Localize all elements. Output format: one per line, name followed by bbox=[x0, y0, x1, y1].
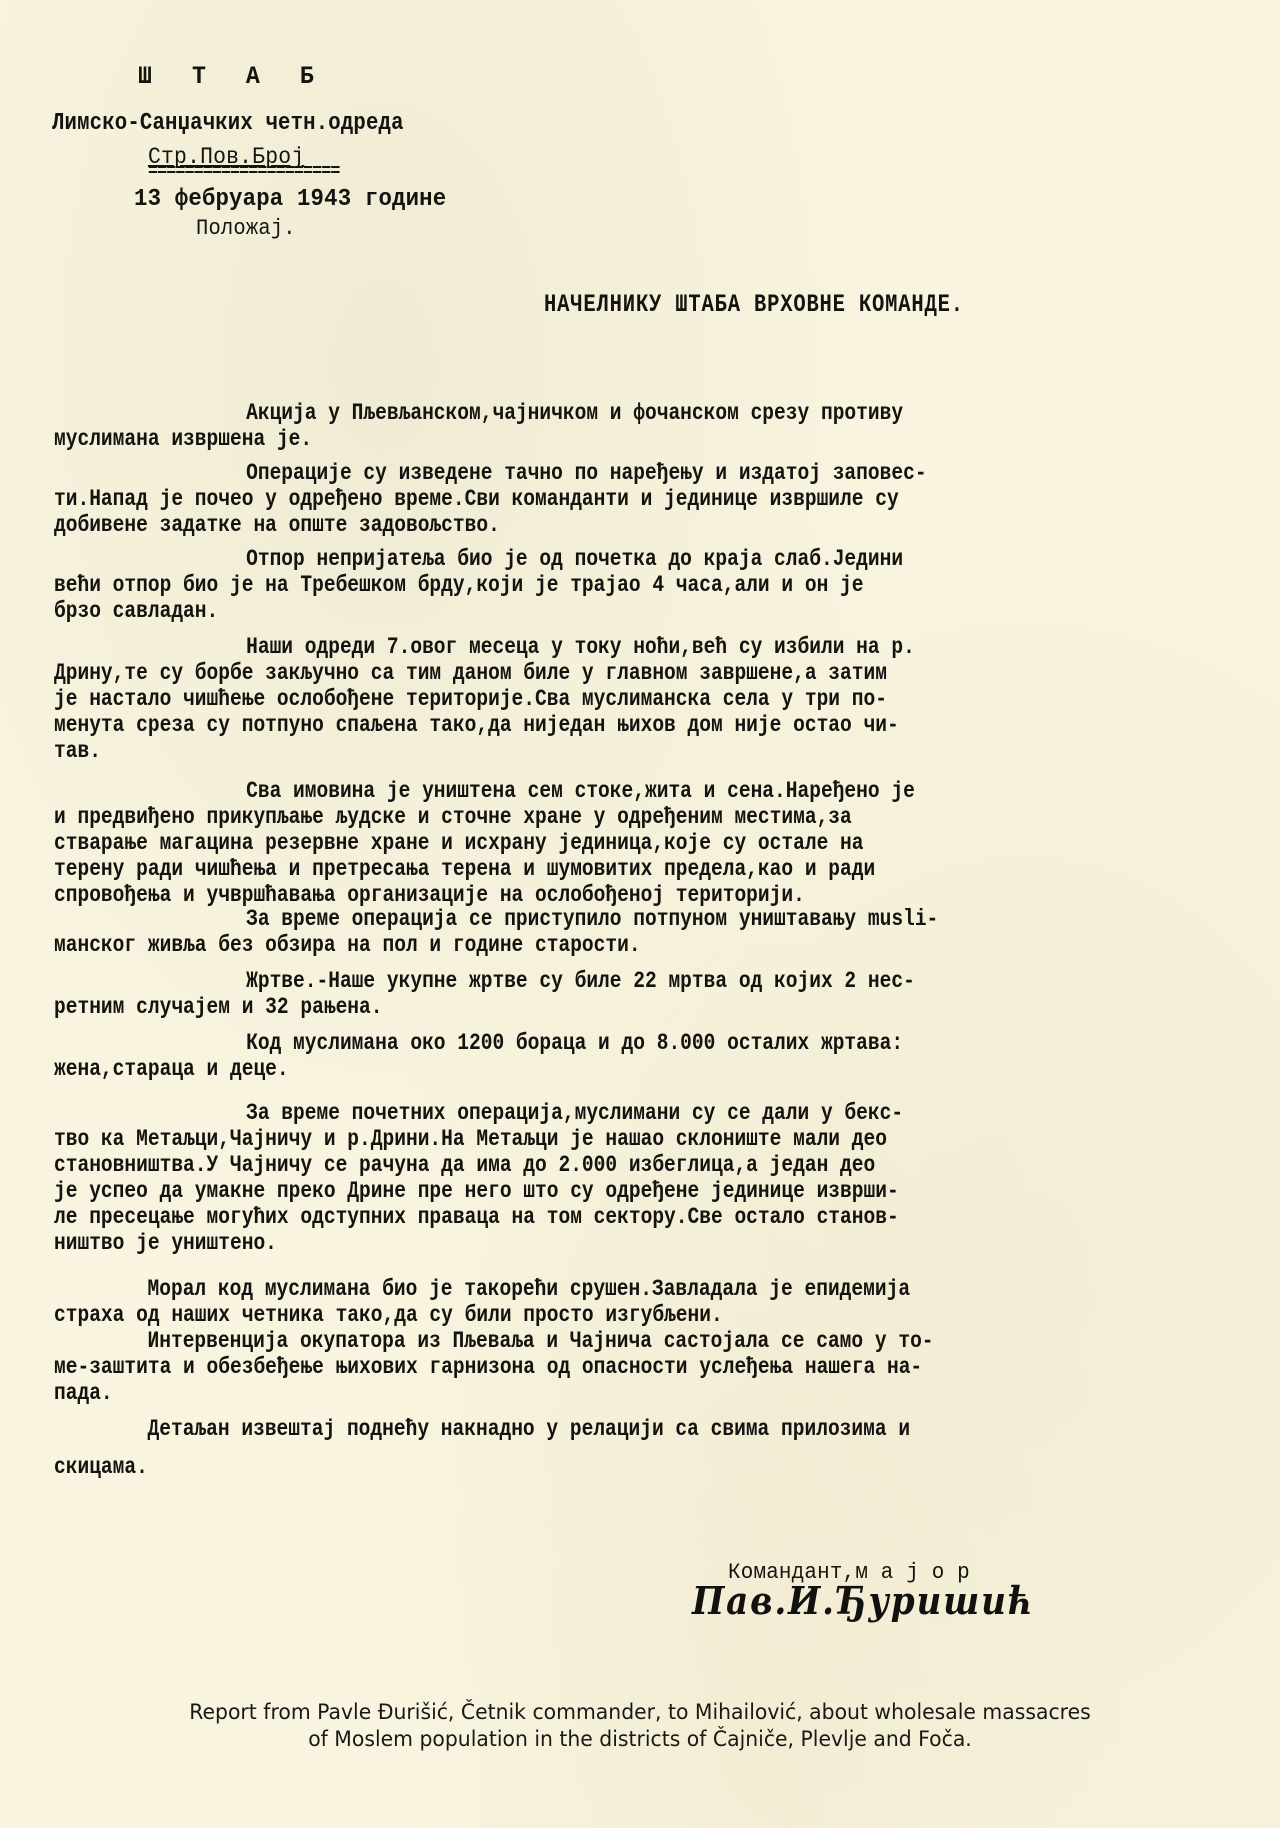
reference-underline: ===================== bbox=[148, 162, 339, 182]
body-line: добивене задатке на опште задовољство. bbox=[54, 512, 500, 538]
body-line: пада. bbox=[54, 1380, 113, 1406]
body-line: и предвиђено прикупљање људске и сточне … bbox=[54, 804, 852, 830]
body-line: ретним случајем и 32 рањена. bbox=[54, 994, 382, 1020]
body-line: страха од наших четника тако,да су били … bbox=[54, 1302, 723, 1328]
body-line: Код муслимана око 1200 бораца и до 8.000… bbox=[54, 1030, 903, 1056]
body-line: брзо савладан. bbox=[54, 598, 218, 624]
handwritten-signature: Пав.И.Ђуришић bbox=[692, 1578, 1034, 1623]
body-line: терену ради чишћења и претресања терена … bbox=[54, 856, 875, 882]
body-line: ти.Напад је почео у одређено време.Сви к… bbox=[54, 486, 899, 512]
body-line: Отпор непријатеља био је од почетка до к… bbox=[54, 546, 903, 572]
body-line: Морал код муслимана био је такорећи сруш… bbox=[54, 1276, 910, 1302]
caption-line-2: of Moslem population in the districts of… bbox=[68, 1727, 1213, 1751]
place-line: Положај. bbox=[196, 216, 296, 241]
body-line: муслимана извршена је. bbox=[54, 426, 312, 452]
body-line: Интервенција окупатора из Пљеваља и Чајн… bbox=[54, 1328, 934, 1354]
body-line: Операције су изведене тачно по наређењу … bbox=[54, 460, 927, 486]
body-line: стварање магацина резервне хране и исхра… bbox=[54, 830, 864, 856]
body-line: За време почетних операција,муслимани су… bbox=[54, 1100, 903, 1126]
body-line: Наши одреди 7.овог месеца у току ноћи,ве… bbox=[54, 634, 915, 660]
body-line: већи отпор био је на Требешком брду,који… bbox=[54, 572, 864, 598]
body-line: Детаљан извештај поднећу накнадно у рела… bbox=[54, 1416, 910, 1442]
body-line: становништва.У Чајничу се рачуна да има … bbox=[54, 1152, 875, 1178]
caption-line-1: Report from Pavle Đurišić, Četnik comman… bbox=[68, 1700, 1213, 1724]
body-line: тав. bbox=[54, 738, 101, 764]
body-line: спровођења и учвршћавања организације на… bbox=[54, 882, 805, 908]
org-title: Ш Т А Б bbox=[138, 62, 327, 91]
body-line: Сва имовина је уништена сем стоке,жита и… bbox=[54, 778, 915, 804]
body-line: За време операција се приступило потпуно… bbox=[54, 906, 938, 932]
body-line: ме-заштита и обезбеђење њихових гарнизон… bbox=[54, 1354, 922, 1380]
body-line: тво ка Метаљци,Чајничу и р.Дрини.На Мета… bbox=[54, 1126, 887, 1152]
body-line: Дрину,те су борбе закључно са тим даном … bbox=[54, 660, 887, 686]
org-line: Лимско-Санџачких четн.одреда bbox=[52, 110, 404, 137]
body-line: Акција у Пљевљанском,чајничком и фочанск… bbox=[54, 400, 903, 426]
body-line: ништво је уништено. bbox=[54, 1230, 277, 1256]
body-line: је успео да умакне преко Дрине пре него … bbox=[54, 1178, 899, 1204]
body-line: Жртве.-Наше укупне жртве су биле 22 мртв… bbox=[54, 968, 915, 994]
body-line: менута среза су потпуно спаљена тако,да … bbox=[54, 712, 899, 738]
addressee: НАЧЕЛНИКУ ШТАБА ВРХОВНЕ КОМАНДЕ. bbox=[544, 290, 964, 319]
body-line: скицама. bbox=[54, 1454, 148, 1480]
date-line: 13 фебруара 1943 године bbox=[134, 186, 446, 213]
body-line: је настало чишћење ослобођене територије… bbox=[54, 686, 887, 712]
body-line: жена,стараца и деце. bbox=[54, 1056, 289, 1082]
body-line: ле пресецање могућих одступних праваца н… bbox=[54, 1204, 899, 1230]
body-line: манског живља без обзира на пол и године… bbox=[54, 932, 641, 958]
